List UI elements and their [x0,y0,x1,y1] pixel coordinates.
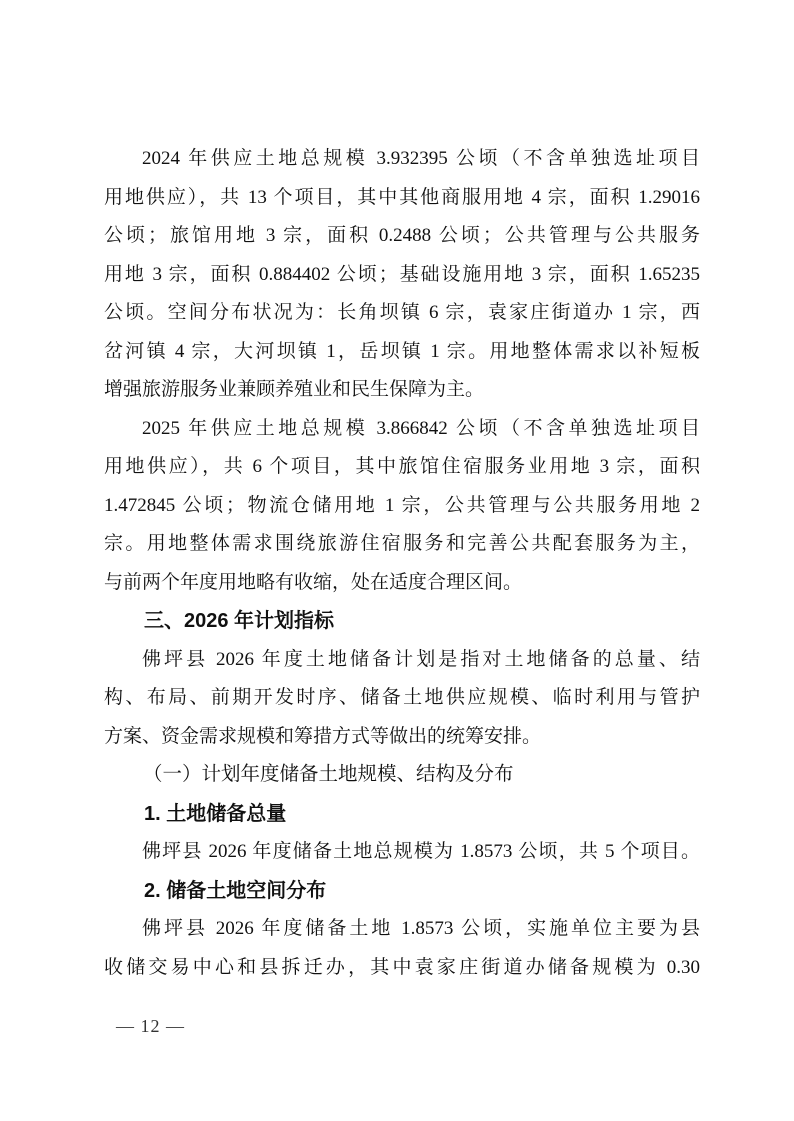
text-line: 增强旅游服务业兼顾养殖业和民生保障为主。 [104,371,700,410]
paragraph-reserve-total: 佛坪县 2026 年度储备土地总规模为 1.8573 公顷，共 5 个项目。 [104,833,700,872]
page-number: — 12 — [116,1012,185,1040]
heading-section-scale-structure: （一）计划年度储备土地规模、结构及分布 [104,756,700,795]
heading-reserve-spatial-distribution: 2. 储备土地空间分布 [104,872,700,911]
text-line: 佛坪县 2026 年度土地储备计划是指对土地储备的总量、结 [104,641,700,680]
text-line: 公顷；旅馆用地 3 宗，面积 0.2488 公顷；公共管理与公共服务 [104,217,700,256]
paragraph-2025-supply: 2025 年供应土地总规模 3.866842 公顷（不含单独选址项目 用地供应）… [104,410,700,603]
text-line: 收储交易中心和县拆迁办，其中袁家庄街道办储备规模为 0.30 [104,949,700,988]
heading-2026-plan-indicators: 三、2026 年计划指标 [104,602,700,641]
text-line: 1.472845 公顷；物流仓储用地 1 宗，公共管理与公共服务用地 2 [104,487,700,526]
text-line: 宗。用地整体需求围绕旅游住宿服务和完善公共配套服务为主， [104,525,700,564]
text-line: 2024 年供应土地总规模 3.932395 公顷（不含单独选址项目 [104,140,700,179]
paragraph-2024-supply: 2024 年供应土地总规模 3.932395 公顷（不含单独选址项目 用地供应）… [104,140,700,410]
document-page: 2024 年供应土地总规模 3.932395 公顷（不含单独选址项目 用地供应）… [0,0,794,1121]
text-line: 2025 年供应土地总规模 3.866842 公顷（不含单独选址项目 [104,410,700,449]
text-line: 佛坪县 2026 年度储备土地总规模为 1.8573 公顷，共 5 个项目。 [104,833,700,872]
text-line: 公顷。空间分布状况为：长角坝镇 6 宗，袁家庄街道办 1 宗，西 [104,294,700,333]
text-line: 岔河镇 4 宗，大河坝镇 1，岳坝镇 1 宗。用地整体需求以补短板 [104,333,700,372]
text-line: 方案、资金需求规模和筹措方式等做出的统筹安排。 [104,718,700,757]
text-line: 用地供应），共 6 个项目，其中旅馆住宿服务业用地 3 宗，面积 [104,448,700,487]
document-body: 2024 年供应土地总规模 3.932395 公顷（不含单独选址项目 用地供应）… [104,140,700,987]
text-line: 佛坪县 2026 年度储备土地 1.8573 公顷，实施单位主要为县 [104,910,700,949]
paragraph-reserve-spatial: 佛坪县 2026 年度储备土地 1.8573 公顷，实施单位主要为县 收储交易中… [104,910,700,987]
paragraph-plan-intro: 佛坪县 2026 年度土地储备计划是指对土地储备的总量、结 构、布局、前期开发时… [104,641,700,757]
heading-land-reserve-total: 1. 土地储备总量 [104,795,700,834]
text-line: 构、布局、前期开发时序、储备土地供应规模、临时利用与管护 [104,679,700,718]
text-line: 与前两个年度用地略有收缩，处在适度合理区间。 [104,564,700,603]
text-line: 用地 3 宗，面积 0.884402 公顷；基础设施用地 3 宗，面积 1.65… [104,256,700,295]
text-line: 用地供应），共 13 个项目，其中其他商服用地 4 宗，面积 1.29016 [104,179,700,218]
